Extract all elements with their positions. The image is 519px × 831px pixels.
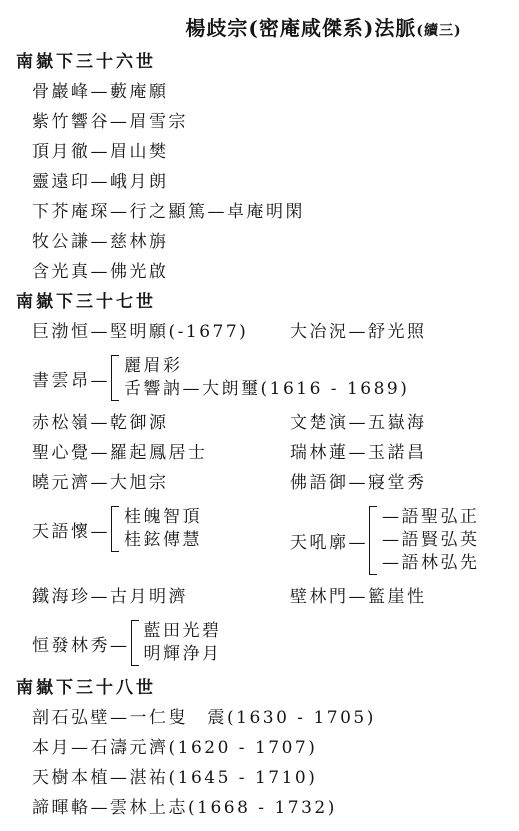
- lineage-entry: 曉元濟—大旭宗: [32, 474, 290, 493]
- lineage-entry: 大冶況—舒光照: [290, 323, 427, 342]
- lineage-entry: 文楚演—五嶽海: [290, 414, 427, 433]
- lineage-row-pair: 曉元濟—大旭宗 佛語御—寢堂秀: [16, 474, 511, 504]
- lineage-entry: 舌響訥—大朗璽(1616 - 1689): [124, 380, 409, 399]
- branch-bracket: [111, 506, 119, 552]
- lineage-entry: 明輝浄月: [144, 645, 222, 664]
- lineage-row-pair: 天語懷— 桂魄智頂 桂鉉傳慧 天吼廓— —語聖弘正 —語賢弘英 —語林弘先: [16, 504, 511, 588]
- lineage-branch-group-tianyu: 天語懷— 桂魄智頂 桂鉉傳慧: [32, 504, 290, 554]
- lineage-children: 桂魄智頂 桂鉉傳慧: [124, 504, 202, 554]
- lineage-entry: 桂鉉傳慧: [124, 531, 202, 550]
- lineage-parent: 書雲昂—: [32, 366, 110, 391]
- lineage-row-pair: 赤松嶺—乾御源 文楚演—五嶽海: [16, 414, 511, 444]
- branch-bracket: [111, 355, 119, 401]
- lineage-entry: 壁林門—籃崖性: [290, 588, 427, 607]
- lineage-row-pair: 巨渤恒—堅明願(-1677) 大冶況—舒光照: [16, 323, 511, 353]
- lineage-entry: 骨巖峰—藪庵願: [32, 83, 511, 102]
- page-title: 楊歧宗(密庵咸傑系)法脈(續三): [16, 12, 511, 41]
- lineage-parent: 天吼廓—: [290, 528, 368, 553]
- lineage-entry: 巨渤恒—堅明願(-1677): [32, 323, 290, 342]
- document-page: 楊歧宗(密庵咸傑系)法脈(續三) 南嶽下三十六世 骨巖峰—藪庵願 紫竹響谷—眉雪…: [0, 0, 519, 818]
- lineage-entry: 瑞林蓮—玉諾昌: [290, 444, 427, 463]
- lineage-entry: —語林弘先: [382, 554, 480, 573]
- lineage-parent: 恒發林秀—: [32, 631, 130, 656]
- section-heading-gen36: 南嶽下三十六世: [16, 53, 511, 72]
- branch-bracket: [369, 506, 377, 575]
- lineage-entry: 諦暉輅—雲林上志(1668 - 1732): [32, 799, 511, 818]
- lineage-row-pair: 聖心覺—羅起鳳居士 瑞林蓮—玉諾昌: [16, 444, 511, 474]
- title-continuation: (續三): [416, 23, 461, 39]
- lineage-entry: 靈遠印—峨月朗: [32, 173, 511, 192]
- lineage-entry: 含光真—佛光啟: [32, 263, 511, 282]
- lineage-branch-group-tianhou: 天吼廓— —語聖弘正 —語賢弘英 —語林弘先: [290, 504, 480, 577]
- lineage-entry: 天樹本植—湛祐(1645 - 1710): [32, 769, 511, 788]
- lineage-entry: 本月—石濤元濟(1620 - 1707): [32, 739, 511, 758]
- branch-bracket: [131, 620, 139, 666]
- lineage-entry: 聖心覺—羅起鳳居士: [32, 444, 290, 463]
- lineage-entry: 佛語御—寢堂秀: [290, 474, 427, 493]
- title-text: 楊歧宗(密庵咸傑系)法脈: [185, 16, 416, 40]
- lineage-entry: 赤松嶺—乾御源: [32, 414, 290, 433]
- lineage-entry: 紫竹響谷—眉雪宗: [32, 113, 511, 132]
- lineage-entry: 桂魄智頂: [124, 508, 202, 527]
- lineage-entry: 牧公謙—慈林旃: [32, 233, 511, 252]
- lineage-row-pair: 鐵海珍—古月明濟 壁林門—籃崖性: [16, 588, 511, 618]
- lineage-children: —語聖弘正 —語賢弘英 —語林弘先: [382, 504, 480, 577]
- lineage-entry: —語賢弘英: [382, 531, 480, 550]
- lineage-entry: —語聖弘正: [382, 508, 480, 527]
- lineage-children: 藍田光碧 明輝浄月: [144, 618, 222, 668]
- lineage-parent: 天語懷—: [32, 517, 110, 542]
- lineage-children: 麗眉彩 舌響訥—大朗璽(1616 - 1689): [124, 353, 409, 403]
- lineage-entry: 藍田光碧: [144, 622, 222, 641]
- section-heading-gen38: 南嶽下三十八世: [16, 679, 511, 698]
- lineage-entry: 頂月徹—眉山樊: [32, 143, 511, 162]
- lineage-entry: 麗眉彩: [124, 357, 409, 376]
- lineage-branch-group-hengfa: 恒發林秀— 藍田光碧 明輝浄月: [32, 618, 511, 668]
- section-heading-gen37: 南嶽下三十七世: [16, 293, 511, 312]
- lineage-entry: 鐵海珍—古月明濟: [32, 588, 290, 607]
- lineage-entry: 剖石弘壁—一仁叟 震(1630 - 1705): [32, 709, 511, 728]
- lineage-entry: 下芥庵琛—行之顯篤—卓庵明閑: [32, 203, 511, 222]
- lineage-branch-group-shuyun: 書雲昂— 麗眉彩 舌響訥—大朗璽(1616 - 1689): [32, 353, 511, 403]
